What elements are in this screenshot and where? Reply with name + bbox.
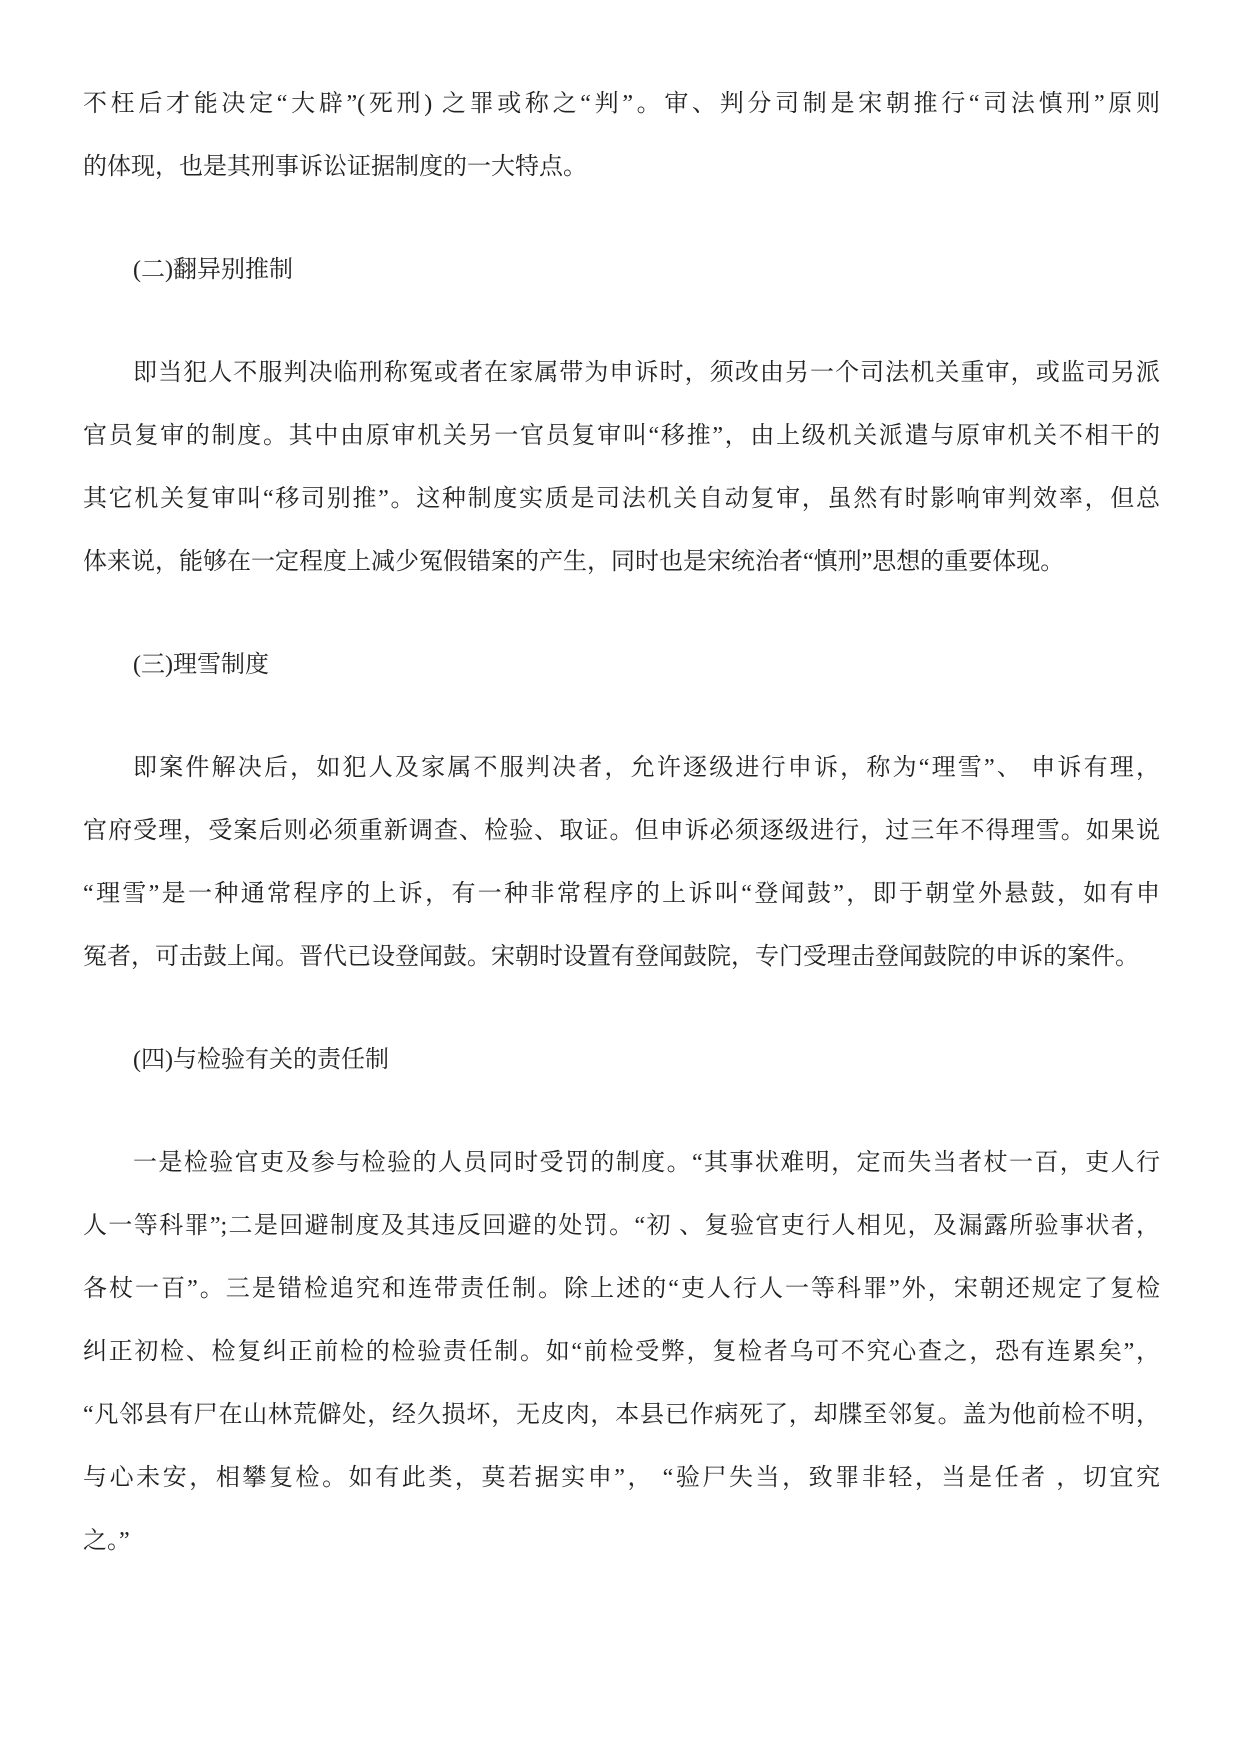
text-line: 各杖一百”。三是错检追究和连带责任制。除上述的“吏人行人一等科罪”外，宋朝还规定… bbox=[83, 1258, 1160, 1321]
heading-line: (二)翻异别推制 bbox=[83, 239, 1160, 302]
text-line: 官府受理，受案后则必须重新调查、检验、取证。但申诉必须逐级进行，过三年不得理雪。… bbox=[83, 800, 1160, 863]
text-line: 其它机关复审叫“移司别推”。这种制度实质是司法机关自动复审，虽然有时影响审判效率… bbox=[83, 468, 1160, 531]
document-page: 不枉后才能决定“大辟”(死刑) 之罪或称之“判”。审、判分司制是宋朝推行“司法慎… bbox=[0, 0, 1241, 1754]
text-line: 人一等科罪”;二是回避制度及其违反回避的处罚。“初 、复验官吏行人相见，及漏露所… bbox=[83, 1195, 1160, 1258]
text-line: “理雪”是一种通常程序的上诉，有一种非常程序的上诉叫“登闻鼓”，即于朝堂外悬鼓，… bbox=[83, 863, 1160, 926]
text-line: 一是检验官吏及参与检验的人员同时受罚的制度。“其事状难明，定而失当者杖一百，吏人… bbox=[83, 1132, 1160, 1195]
heading-section-4: (四)与检验有关的责任制 bbox=[83, 1029, 1160, 1092]
paragraph-jianyan-zerenzhi: 一是检验官吏及参与检验的人员同时受罚的制度。“其事状难明，定而失当者杖一百，吏人… bbox=[83, 1132, 1160, 1573]
heading-section-2: (二)翻异别推制 bbox=[83, 239, 1160, 302]
text-line: “凡邻县有尸在山林荒僻处，经久损坏，无皮肉，本县已作病死了，却牒至邻复。盖为他前… bbox=[83, 1384, 1160, 1447]
text-line: 冤者，可击鼓上闻。晋代已设登闻鼓。宋朝时设置有登闻鼓院，专门受理击登闻鼓院的申诉… bbox=[83, 926, 1160, 989]
text-line: 即当犯人不服判决临刑称冤或者在家属带为申诉时，须改由另一个司法机关重审，或监司另… bbox=[83, 342, 1160, 405]
heading-line: (三)理雪制度 bbox=[83, 634, 1160, 697]
heading-line: (四)与检验有关的责任制 bbox=[83, 1029, 1160, 1092]
text-line: 体来说，能够在一定程度上减少冤假错案的产生，同时也是宋统治者“慎刑”思想的重要体… bbox=[83, 531, 1160, 594]
text-line: 即案件解决后，如犯人及家属不服判决者，允许逐级进行申诉，称为“理雪”、 申诉有理… bbox=[83, 737, 1160, 800]
text-line: 不枉后才能决定“大辟”(死刑) 之罪或称之“判”。审、判分司制是宋朝推行“司法慎… bbox=[83, 73, 1160, 136]
text-line: 纠正初检、检复纠正前检的检验责任制。如“前检受弊，复检者乌可不究心查之，恐有连累… bbox=[83, 1321, 1160, 1384]
text-line: 之。” bbox=[83, 1510, 1160, 1573]
text-line: 的体现，也是其刑事诉讼证据制度的一大特点。 bbox=[83, 136, 1160, 199]
text-line: 官员复审的制度。其中由原审机关另一官员复审叫“移推”，由上级机关派遣与原审机关不… bbox=[83, 405, 1160, 468]
heading-section-3: (三)理雪制度 bbox=[83, 634, 1160, 697]
paragraph-fanyi-bietui: 即当犯人不服判决临刑称冤或者在家属带为申诉时，须改由另一个司法机关重审，或监司另… bbox=[83, 342, 1160, 594]
paragraph-shen-pan-fensi: 不枉后才能决定“大辟”(死刑) 之罪或称之“判”。审、判分司制是宋朝推行“司法慎… bbox=[83, 73, 1160, 199]
document-body: 不枉后才能决定“大辟”(死刑) 之罪或称之“判”。审、判分司制是宋朝推行“司法慎… bbox=[83, 73, 1160, 1573]
text-line: 与心未安，相攀复检。如有此类，莫若据实申”， “验尸失当，致罪非轻，当是任者 ，… bbox=[83, 1447, 1160, 1510]
paragraph-lixue-zhidu: 即案件解决后，如犯人及家属不服判决者，允许逐级进行申诉，称为“理雪”、 申诉有理… bbox=[83, 737, 1160, 989]
